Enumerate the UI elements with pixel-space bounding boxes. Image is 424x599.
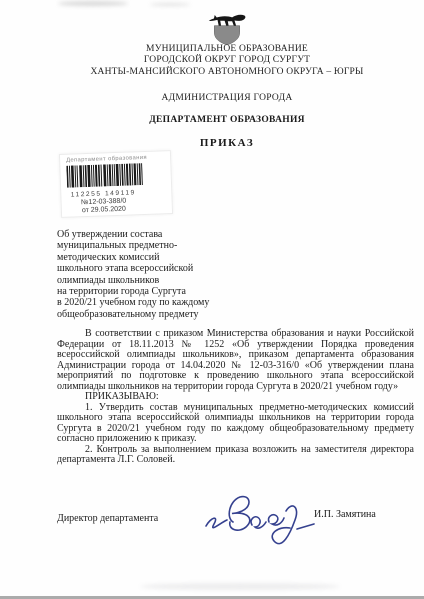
order-item-1: 1. Утвердить состав муниципальных предме… [57, 403, 414, 445]
registration-stamp: Департамент образования 112255 149119 [59, 150, 173, 218]
coat-of-arms-icon [203, 9, 251, 47]
barcode-icon [66, 163, 143, 188]
administration-line: АДМИНИСТРАЦИЯ ГОРОДА [30, 93, 424, 103]
resolve-word: ПРИКАЗЫВАЮ: [57, 392, 414, 403]
preamble-paragraph: В соответствии с приказом Министерства о… [57, 329, 414, 392]
order-item-2: 2. Контроль за выполнением приказа возло… [57, 445, 414, 466]
org-line-2: ГОРОДСКОЙ ОКРУГ ГОРОД СУРГУТ [30, 55, 424, 66]
document-subject: Об утверждении состава муниципальных пре… [57, 229, 247, 320]
org-line-3: ХАНТЫ-МАНСИЙСКОГО АВТОНОМНОГО ОКРУГА – Ю… [30, 67, 424, 78]
document-body: В соответствии с приказом Министерства о… [57, 329, 414, 466]
stamp-document-date: от 29.05.2020 [66, 205, 142, 215]
department-line: ДЕПАРТАМЕНТ ОБРАЗОВАНИЯ [30, 115, 424, 125]
scan-smudge [140, 583, 340, 590]
scan-smudge [58, 1, 128, 6]
org-line-1: МУНИЦИПАЛЬНОЕ ОБРАЗОВАНИЕ [30, 44, 424, 55]
stamp-issuer-label: Департамент образования [66, 154, 166, 163]
document-page: МУНИЦИПАЛЬНОЕ ОБРАЗОВАНИЕ ГОРОДСКОЙ ОКРУ… [0, 0, 424, 599]
document-type-title: ПРИКАЗ [30, 137, 424, 149]
signature-autograph-icon [200, 484, 320, 562]
signer-name: И.П. Замятина [314, 509, 376, 520]
scan-smudge [150, 3, 190, 6]
signer-position: Директор департамента [57, 513, 158, 524]
